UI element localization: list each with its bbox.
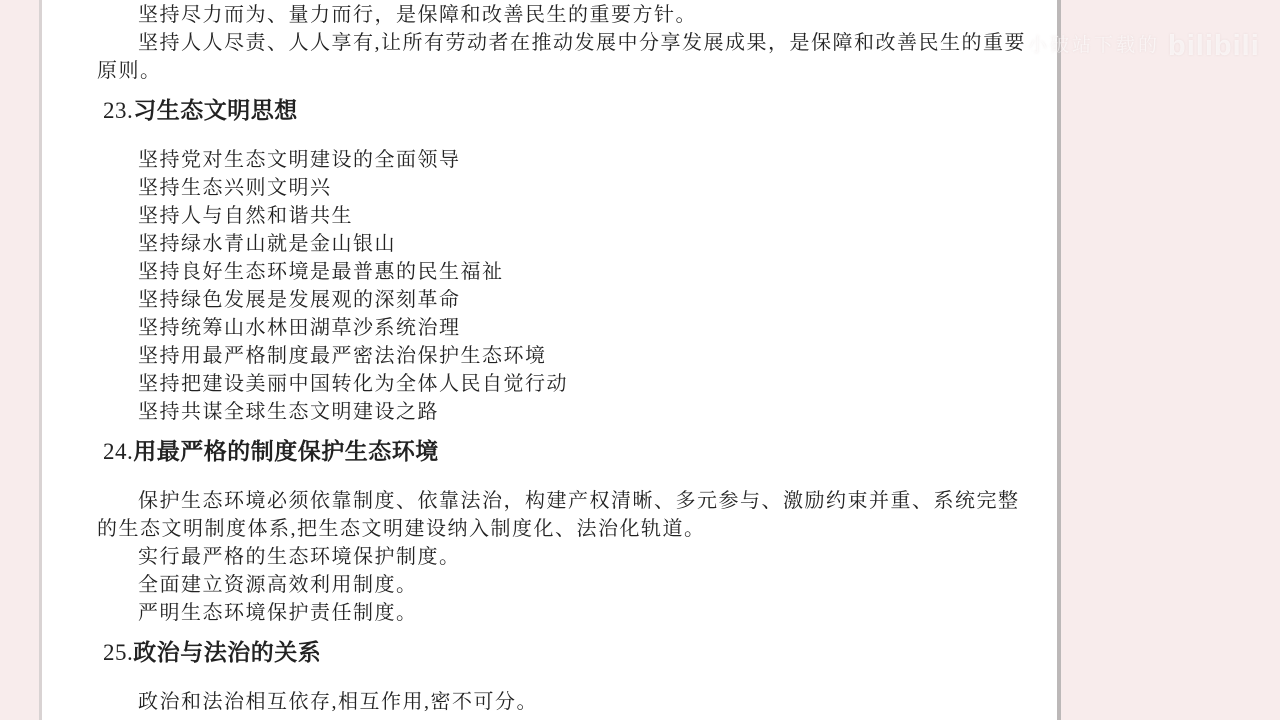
paragraph-line: 坚持人人尽责、人人享有,让所有劳动者在推动发展中分享发展成果，是保障和改善民生的… bbox=[97, 29, 1012, 57]
list-item: 坚持共谋全球生态文明建设之路 bbox=[97, 398, 1012, 426]
paragraph-line: 全面建立资源高效利用制度。 bbox=[97, 571, 1012, 599]
section-number: 23. bbox=[103, 98, 133, 123]
watermark-uploader-text: 小破站下载的 bbox=[1028, 35, 1160, 56]
paragraph-line: 保护生态环境必须依靠制度、依靠法治，构建产权清晰、多元参与、激励约束并重、系统完… bbox=[97, 487, 1012, 515]
document-content: 坚持尽力而为、量力而行，是保障和改善民生的重要方针。 坚持人人尽责、人人享有,让… bbox=[42, 0, 1057, 716]
list-item: 坚持生态兴则文明兴 bbox=[97, 174, 1012, 202]
section-title: 政治与法治的关系 bbox=[133, 640, 321, 665]
list-item: 坚持人与自然和谐共生 bbox=[97, 202, 1012, 230]
paragraph-line: 实行最严格的生态环境保护制度。 bbox=[97, 543, 1012, 571]
list-item: 坚持用最严格制度最严密法治保护生态环境 bbox=[97, 342, 1012, 370]
section-number: 25. bbox=[103, 640, 133, 665]
paragraph-line: 的生态文明制度体系,把生态文明建设纳入制度化、法治化轨道。 bbox=[97, 515, 1012, 543]
paragraph-line: 政治和法治相互依存,相互作用,密不可分。 bbox=[97, 688, 1012, 716]
document-page: 坚持尽力而为、量力而行，是保障和改善民生的重要方针。 坚持人人尽责、人人享有,让… bbox=[39, 0, 1061, 720]
list-item: 坚持把建设美丽中国转化为全体人民自觉行动 bbox=[97, 370, 1012, 398]
bilibili-logo: bilibili bbox=[1168, 30, 1260, 62]
section-title: 习生态文明思想 bbox=[133, 98, 298, 123]
paragraph-line: 坚持尽力而为、量力而行，是保障和改善民生的重要方针。 bbox=[97, 1, 1012, 29]
list-item: 坚持良好生态环境是最普惠的民生福祉 bbox=[97, 258, 1012, 286]
section-heading-23: 23.习生态文明思想 bbox=[103, 97, 1012, 125]
section-heading-24: 24.用最严格的制度保护生态环境 bbox=[103, 438, 1012, 466]
video-frame: 坚持尽力而为、量力而行，是保障和改善民生的重要方针。 坚持人人尽责、人人享有,让… bbox=[0, 0, 1280, 720]
bilibili-watermark: 小破站下载的bilibili bbox=[1028, 30, 1260, 63]
section-title: 用最严格的制度保护生态环境 bbox=[133, 439, 439, 464]
section-heading-25: 25.政治与法治的关系 bbox=[103, 639, 1012, 667]
paragraph-line: 原则。 bbox=[97, 57, 1012, 85]
list-item: 坚持统筹山水林田湖草沙系统治理 bbox=[97, 314, 1012, 342]
paragraph-line: 严明生态环境保护责任制度。 bbox=[97, 599, 1012, 627]
list-item: 坚持党对生态文明建设的全面领导 bbox=[97, 146, 1012, 174]
list-item: 坚持绿水青山就是金山银山 bbox=[97, 230, 1012, 258]
list-item: 坚持绿色发展是发展观的深刻革命 bbox=[97, 286, 1012, 314]
section-number: 24. bbox=[103, 439, 133, 464]
